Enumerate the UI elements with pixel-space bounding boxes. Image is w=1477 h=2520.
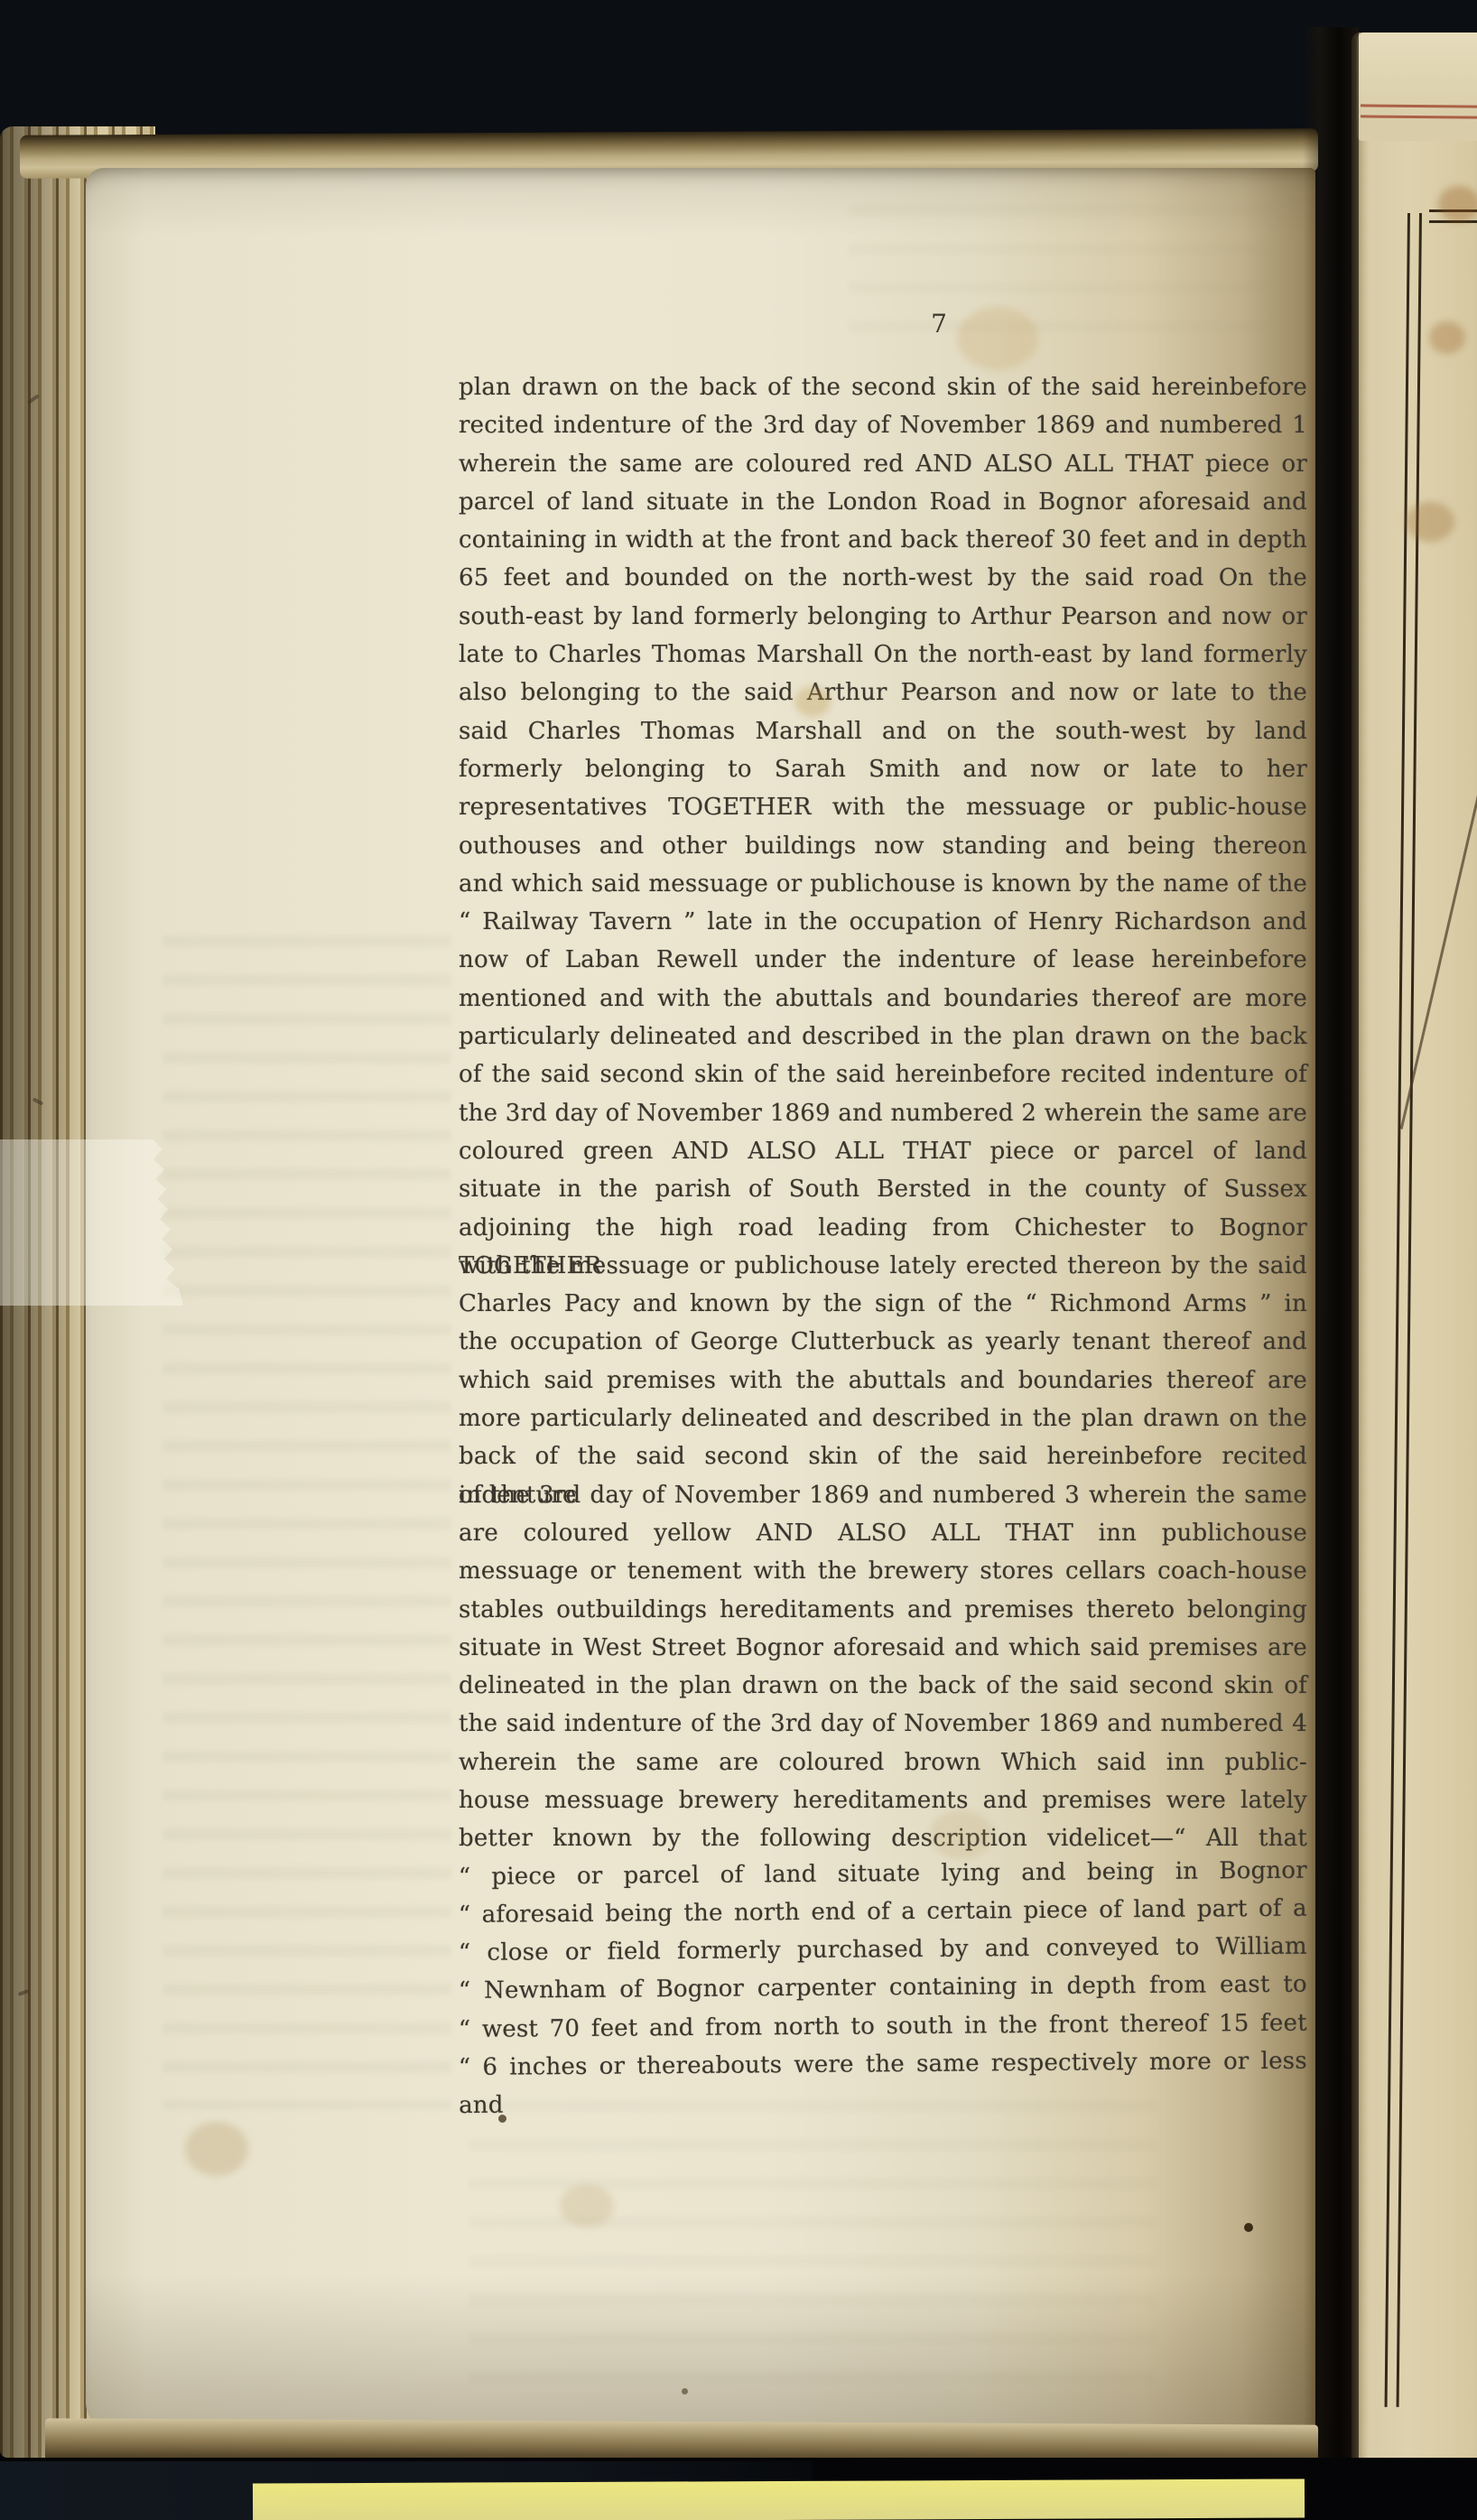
text-line: Charles Pacy and known by the sign of th… — [459, 1285, 1307, 1323]
book-photo: 7 plan drawn on the back of the second s… — [0, 0, 1477, 2520]
text-line: representatives TOGETHER with the messua… — [459, 788, 1307, 826]
text-line: adjoining the high road leading from Chi… — [459, 1209, 1307, 1247]
stain — [185, 2122, 248, 2176]
text-line: “ Railway Tavern ” late in the occupatio… — [459, 903, 1307, 941]
text-line: are coloured yellow AND ALSO ALL THAT in… — [459, 1514, 1307, 1552]
text-line: “ 6 inches or thereabouts were the same … — [459, 2042, 1307, 2088]
text-line: now of Laban Rewell under the indenture … — [459, 941, 1307, 979]
stain — [1438, 186, 1477, 222]
text-line: said Charles Thomas Marshall and on the … — [459, 712, 1307, 750]
text-line: also belonging to the said Arthur Pearso… — [459, 674, 1307, 711]
text-line: containing in width at the front and bac… — [459, 521, 1307, 559]
inserted-paper — [253, 2478, 1305, 2520]
document-page: 7 plan drawn on the back of the second s… — [86, 168, 1315, 2432]
stain — [930, 1810, 993, 1859]
text-line: with the messuage or publichouse lately … — [459, 1247, 1307, 1285]
text-line: more particularly delineated and describ… — [459, 1399, 1307, 1437]
text-line: of the said second skin of the said here… — [459, 1055, 1307, 1093]
stain — [1406, 502, 1454, 542]
text-line: particularly delineated and described in… — [459, 1018, 1307, 1055]
showthrough-text — [163, 935, 451, 2109]
text-line: south-east by land formerly belonging to… — [459, 598, 1307, 636]
ruled-border-left — [1397, 213, 1422, 2407]
text-line: which said premises with the abuttals an… — [459, 1362, 1307, 1399]
text-block: plan drawn on the back of the second ski… — [459, 368, 1307, 2087]
text-line: 65 feet and bounded on the north-west by… — [459, 559, 1307, 597]
foxing-dot — [1244, 2223, 1253, 2232]
stain — [1429, 321, 1465, 354]
stain — [957, 307, 1038, 370]
text-line: delineated in the plan drawn on the back… — [459, 1667, 1307, 1705]
text-line: stables outbuildings hereditaments and p… — [459, 1591, 1307, 1629]
stain — [794, 686, 831, 717]
stain — [560, 2185, 614, 2227]
text-line: late to Charles Thomas Marshall On the n… — [459, 636, 1307, 674]
text-line: messuage or tenement with the brewery st… — [459, 1552, 1307, 1590]
text-line: wherein the same are coloured brown Whic… — [459, 1744, 1307, 1781]
text-line: “ piece or parcel of land situate lying … — [459, 1851, 1307, 1896]
adjacent-page-torn-corner — [1357, 33, 1477, 141]
text-line: the said indenture of the 3rd day of Nov… — [459, 1705, 1307, 1743]
text-line: and which said messuage or publichouse i… — [459, 865, 1307, 903]
text-line: formerly belonging to Sarah Smith and no… — [459, 750, 1307, 788]
text-line: house messuage brewery hereditaments and… — [459, 1781, 1307, 1819]
ruled-border-left — [1385, 213, 1410, 2407]
text-line: plan drawn on the back of the second ski… — [459, 368, 1307, 406]
foxing-dot — [498, 2115, 506, 2123]
showthrough-text — [469, 2100, 1156, 2389]
text-line: the occupation of George Clutterbuck as … — [459, 1323, 1307, 1361]
text-line: “ west 70 feet and from north to south i… — [459, 2004, 1307, 2049]
text-line: coloured green AND ALSO ALL THAT piece o… — [459, 1132, 1307, 1170]
text-line: “ Newnham of Bognor carpenter containing… — [459, 1966, 1307, 2011]
text-line: parcel of land situate in the London Roa… — [459, 483, 1307, 521]
text-line: recited indenture of the 3rd day of Nove… — [459, 406, 1307, 444]
text-line: back of the said second skin of the said… — [459, 1437, 1307, 1475]
text-line: wherein the same are coloured red AND AL… — [459, 445, 1307, 483]
text-line: mentioned and with the abuttals and boun… — [459, 980, 1307, 1018]
text-line: the 3rd day of November 1869 and numbere… — [459, 1094, 1307, 1132]
adjacent-page — [1352, 33, 1477, 2470]
text-line: of the 3rd day of November 1869 and numb… — [459, 1476, 1307, 1514]
text-line: situate in West Street Bognor aforesaid … — [459, 1629, 1307, 1667]
text-line: situate in the parish of South Bersted i… — [459, 1170, 1307, 1208]
text-line: outhouses and other buildings now standi… — [459, 827, 1307, 865]
foxing-dot — [682, 2388, 688, 2394]
